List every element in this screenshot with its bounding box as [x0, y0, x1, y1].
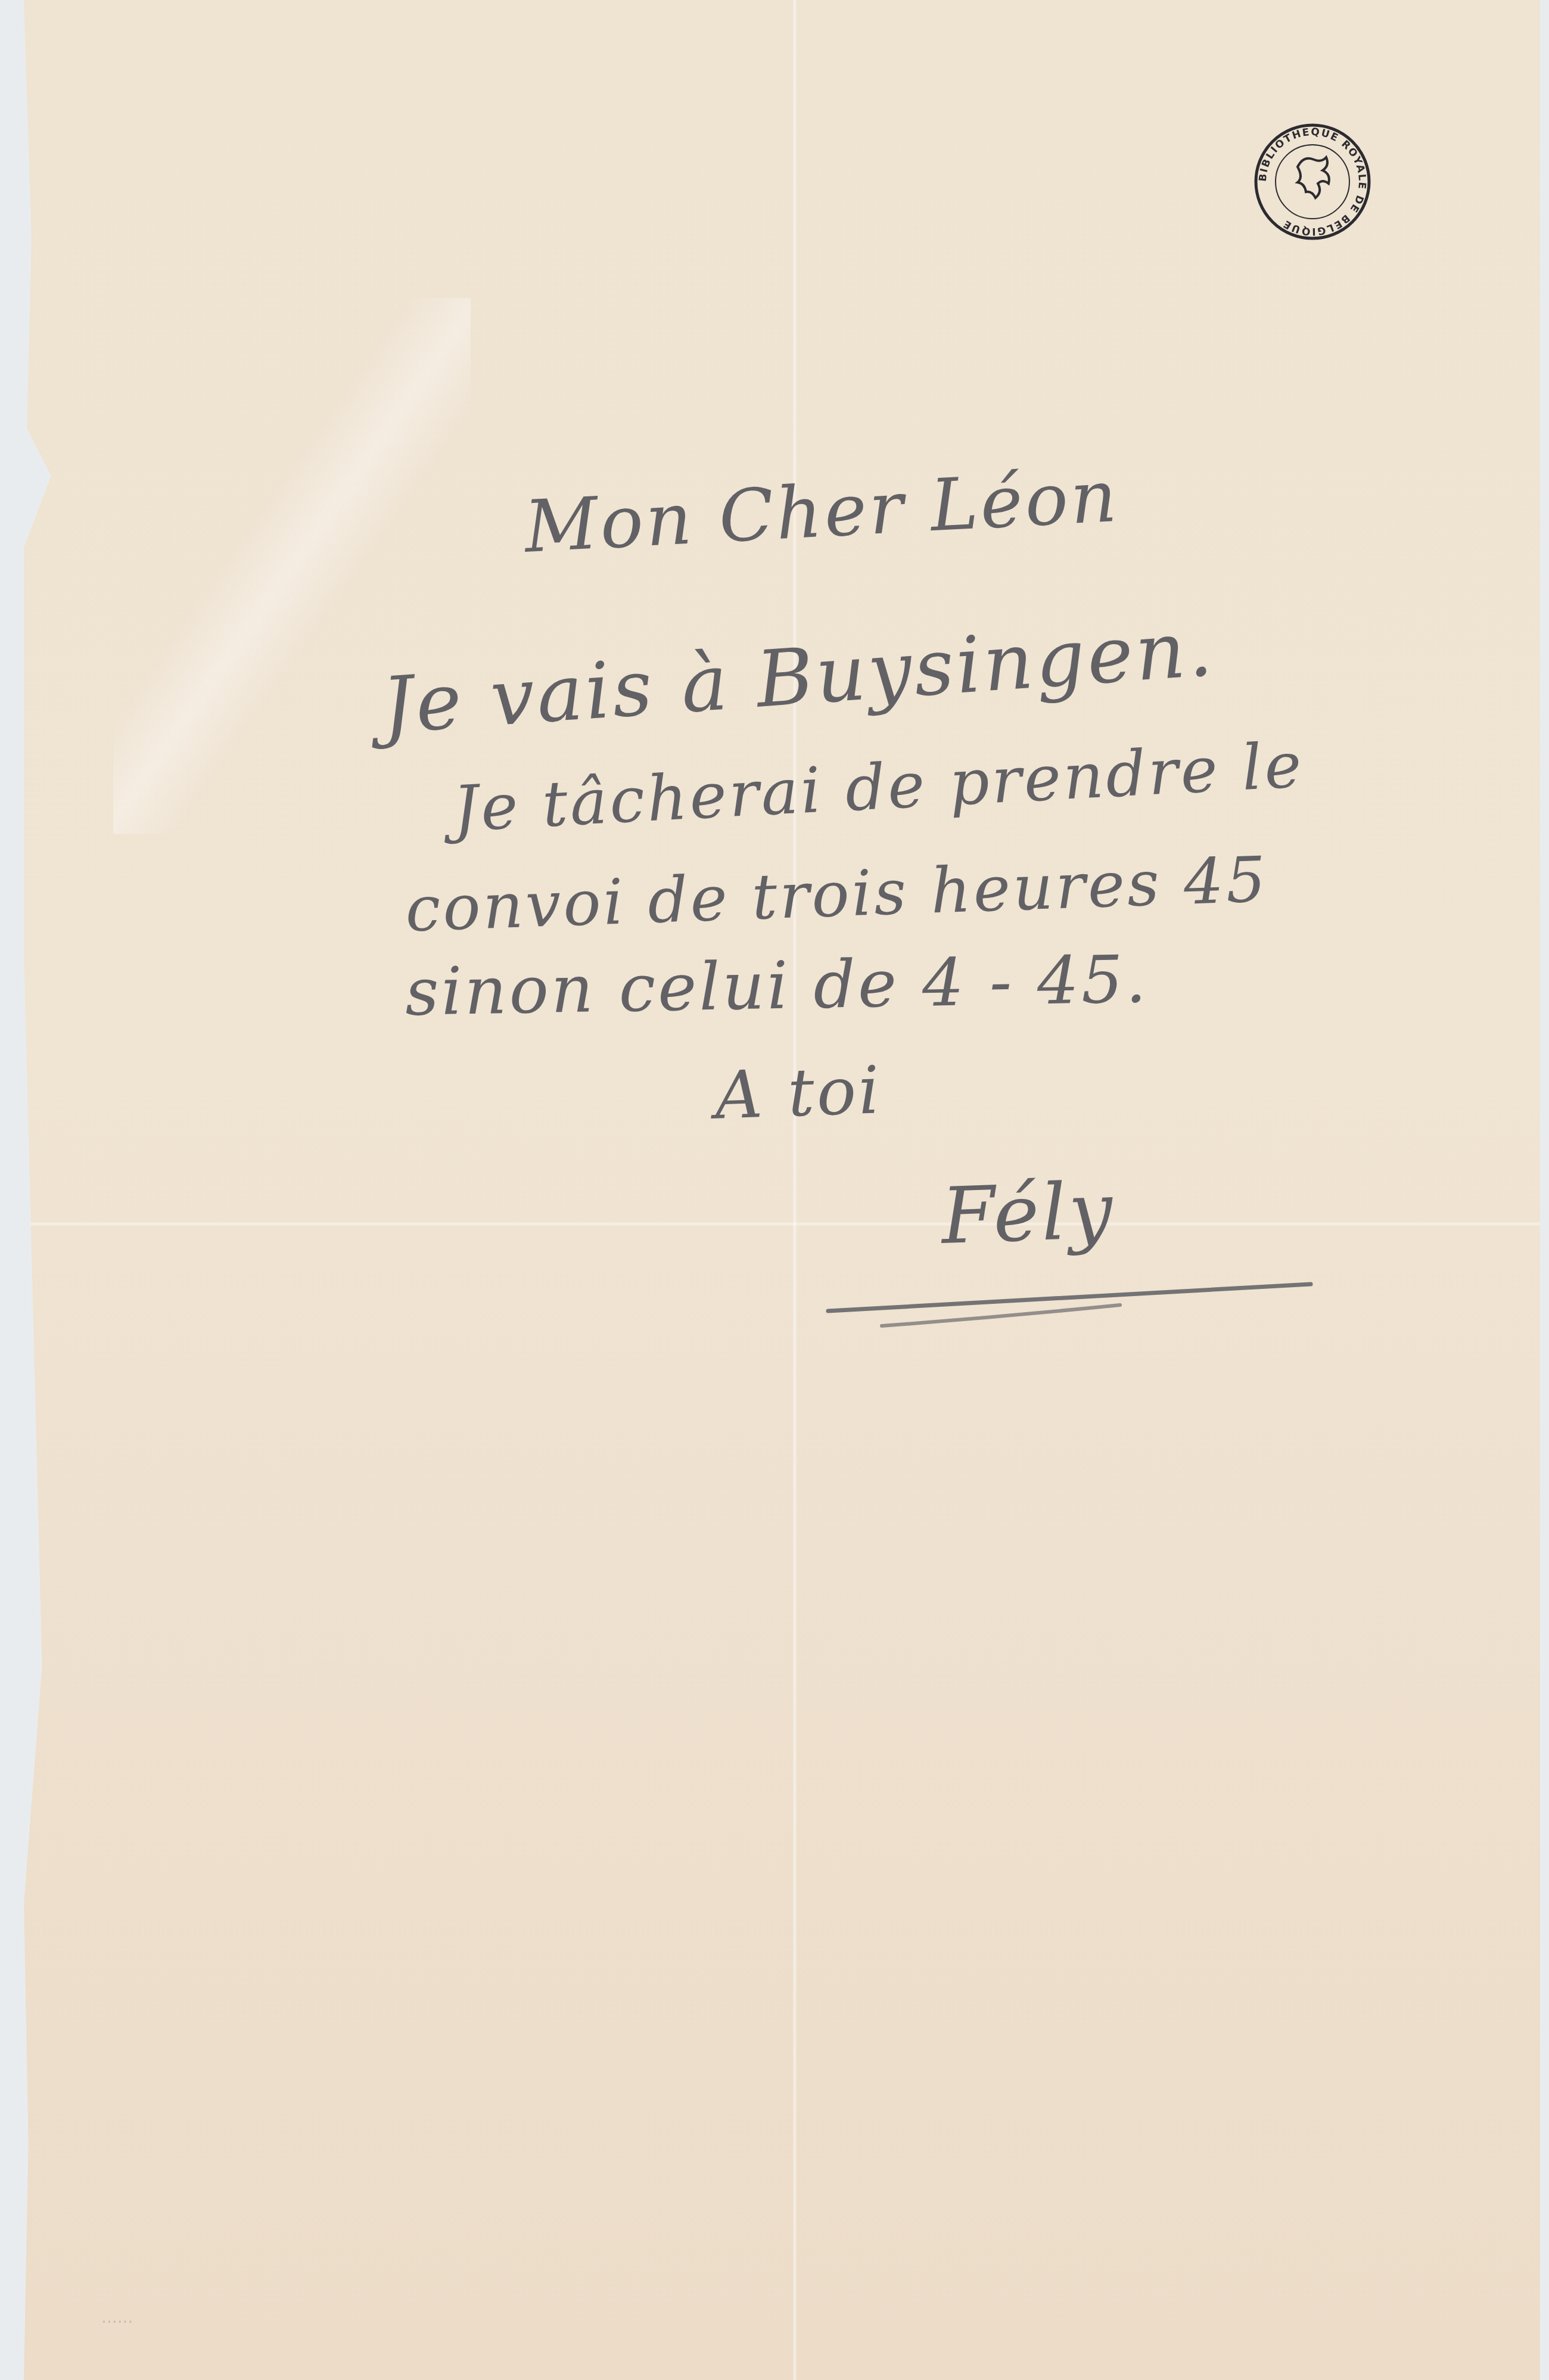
horizontal-fold-line: [24, 1222, 1540, 1226]
library-stamp-icon: BIBLIOTHEQUE ROYALE DE BELGIQUE: [1250, 119, 1375, 244]
svg-text:BIBLIOTHEQUE ROYALE DE BELGIQU: BIBLIOTHEQUE ROYALE DE BELGIQUE: [1257, 126, 1368, 238]
letter-line-4: sinon celui de 4 - 45.: [405, 941, 1149, 1030]
signature-underline-icon: [822, 1275, 1317, 1329]
closing: A toi: [714, 1052, 883, 1134]
faint-archive-mark: ······: [101, 2312, 133, 2332]
vertical-fold-line: [792, 0, 797, 2380]
letter-sheet: [24, 0, 1540, 2380]
signature: Fély: [940, 1165, 1116, 1262]
paper-crease: [113, 298, 471, 834]
